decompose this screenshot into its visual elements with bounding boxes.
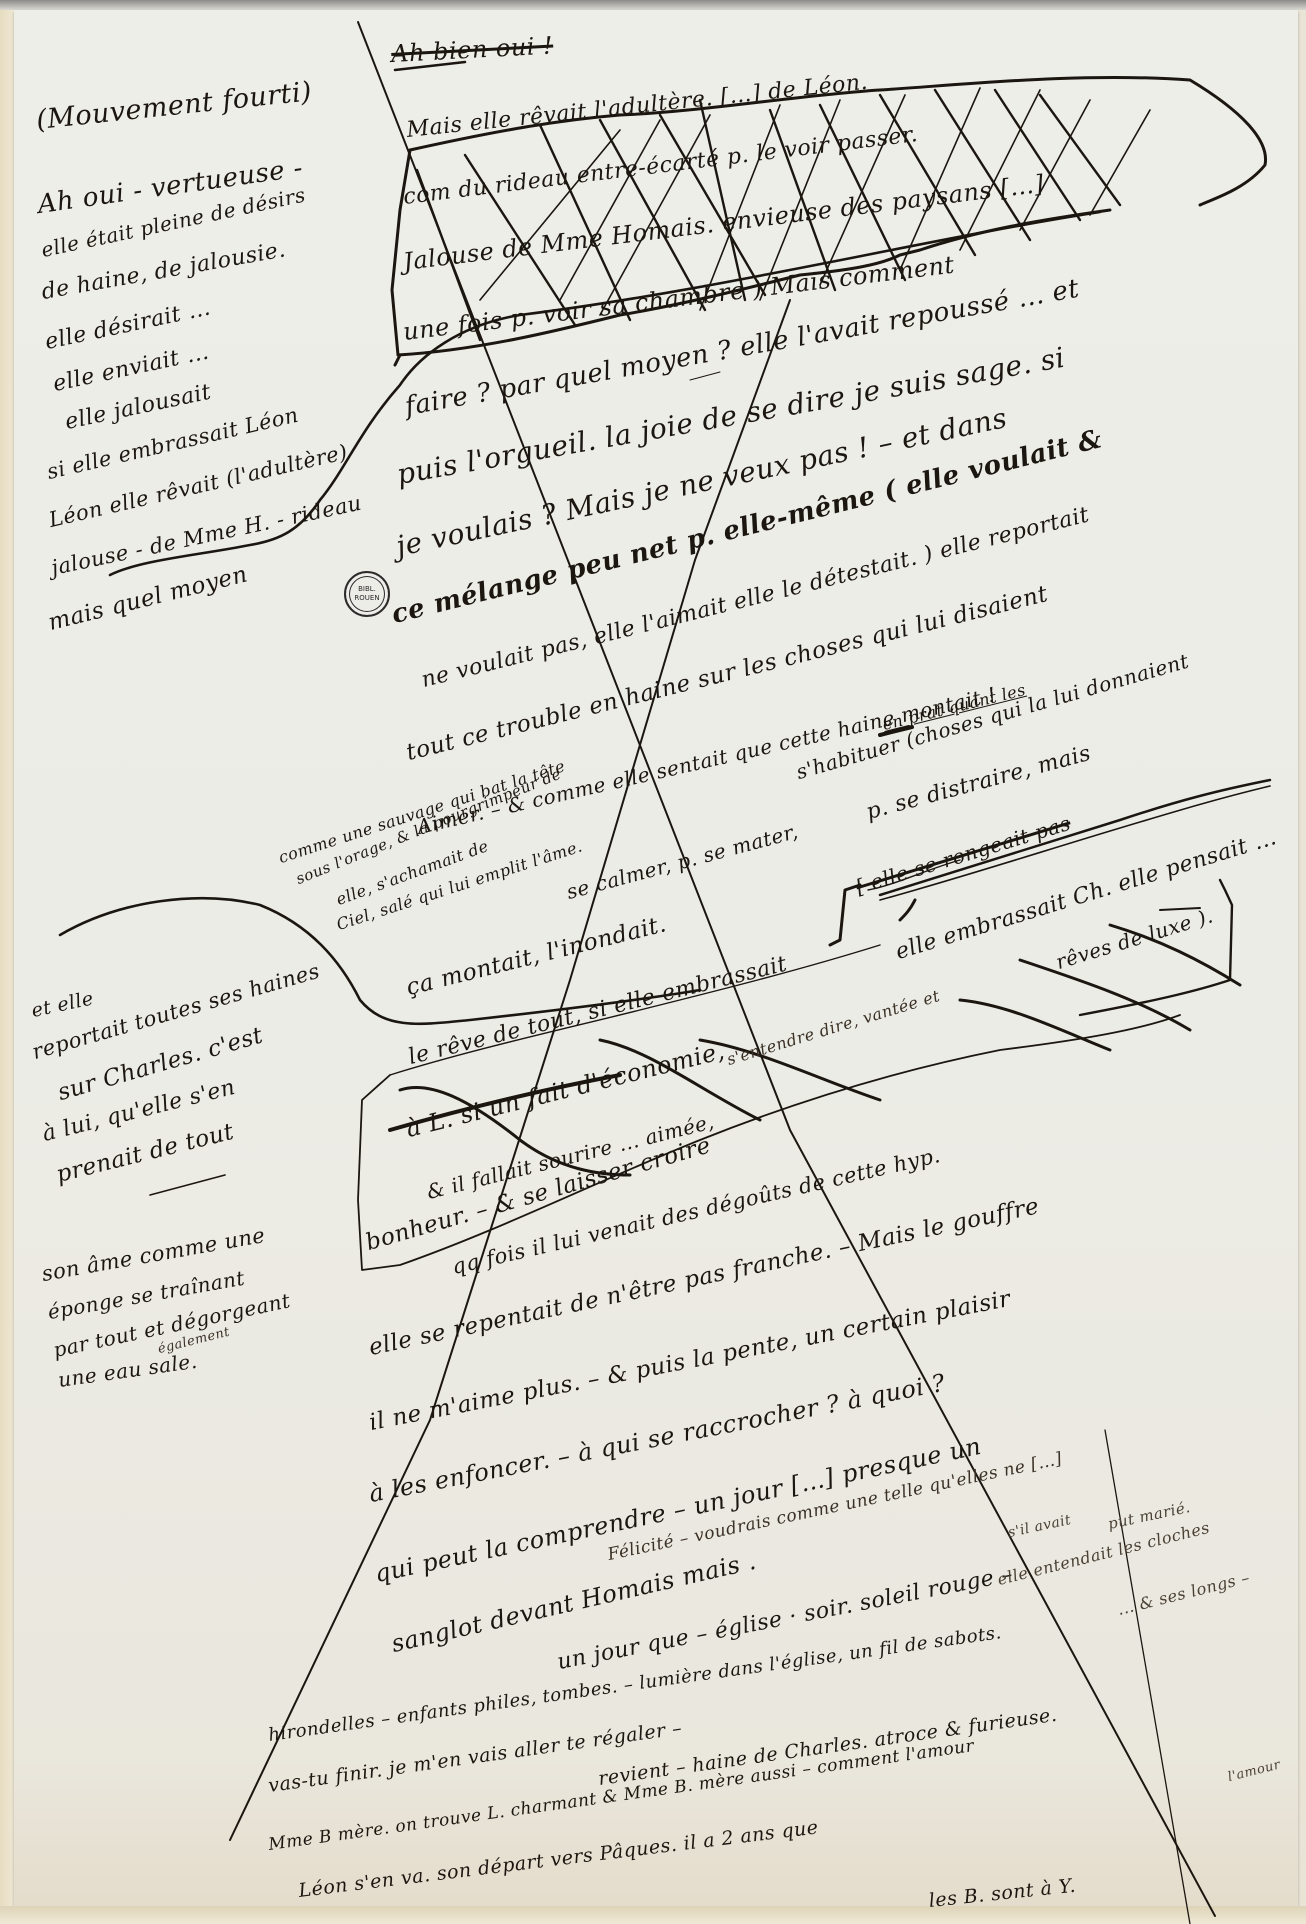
page-left-edge — [0, 10, 14, 1924]
stamp-bottom-text: ROUEN — [354, 594, 379, 603]
stamp-top-text: BIBL. — [358, 585, 376, 594]
page-bottom-edge — [0, 1906, 1306, 1924]
scan-top-shadow — [0, 0, 1306, 10]
library-stamp: BIBL. ROUEN — [344, 571, 390, 617]
